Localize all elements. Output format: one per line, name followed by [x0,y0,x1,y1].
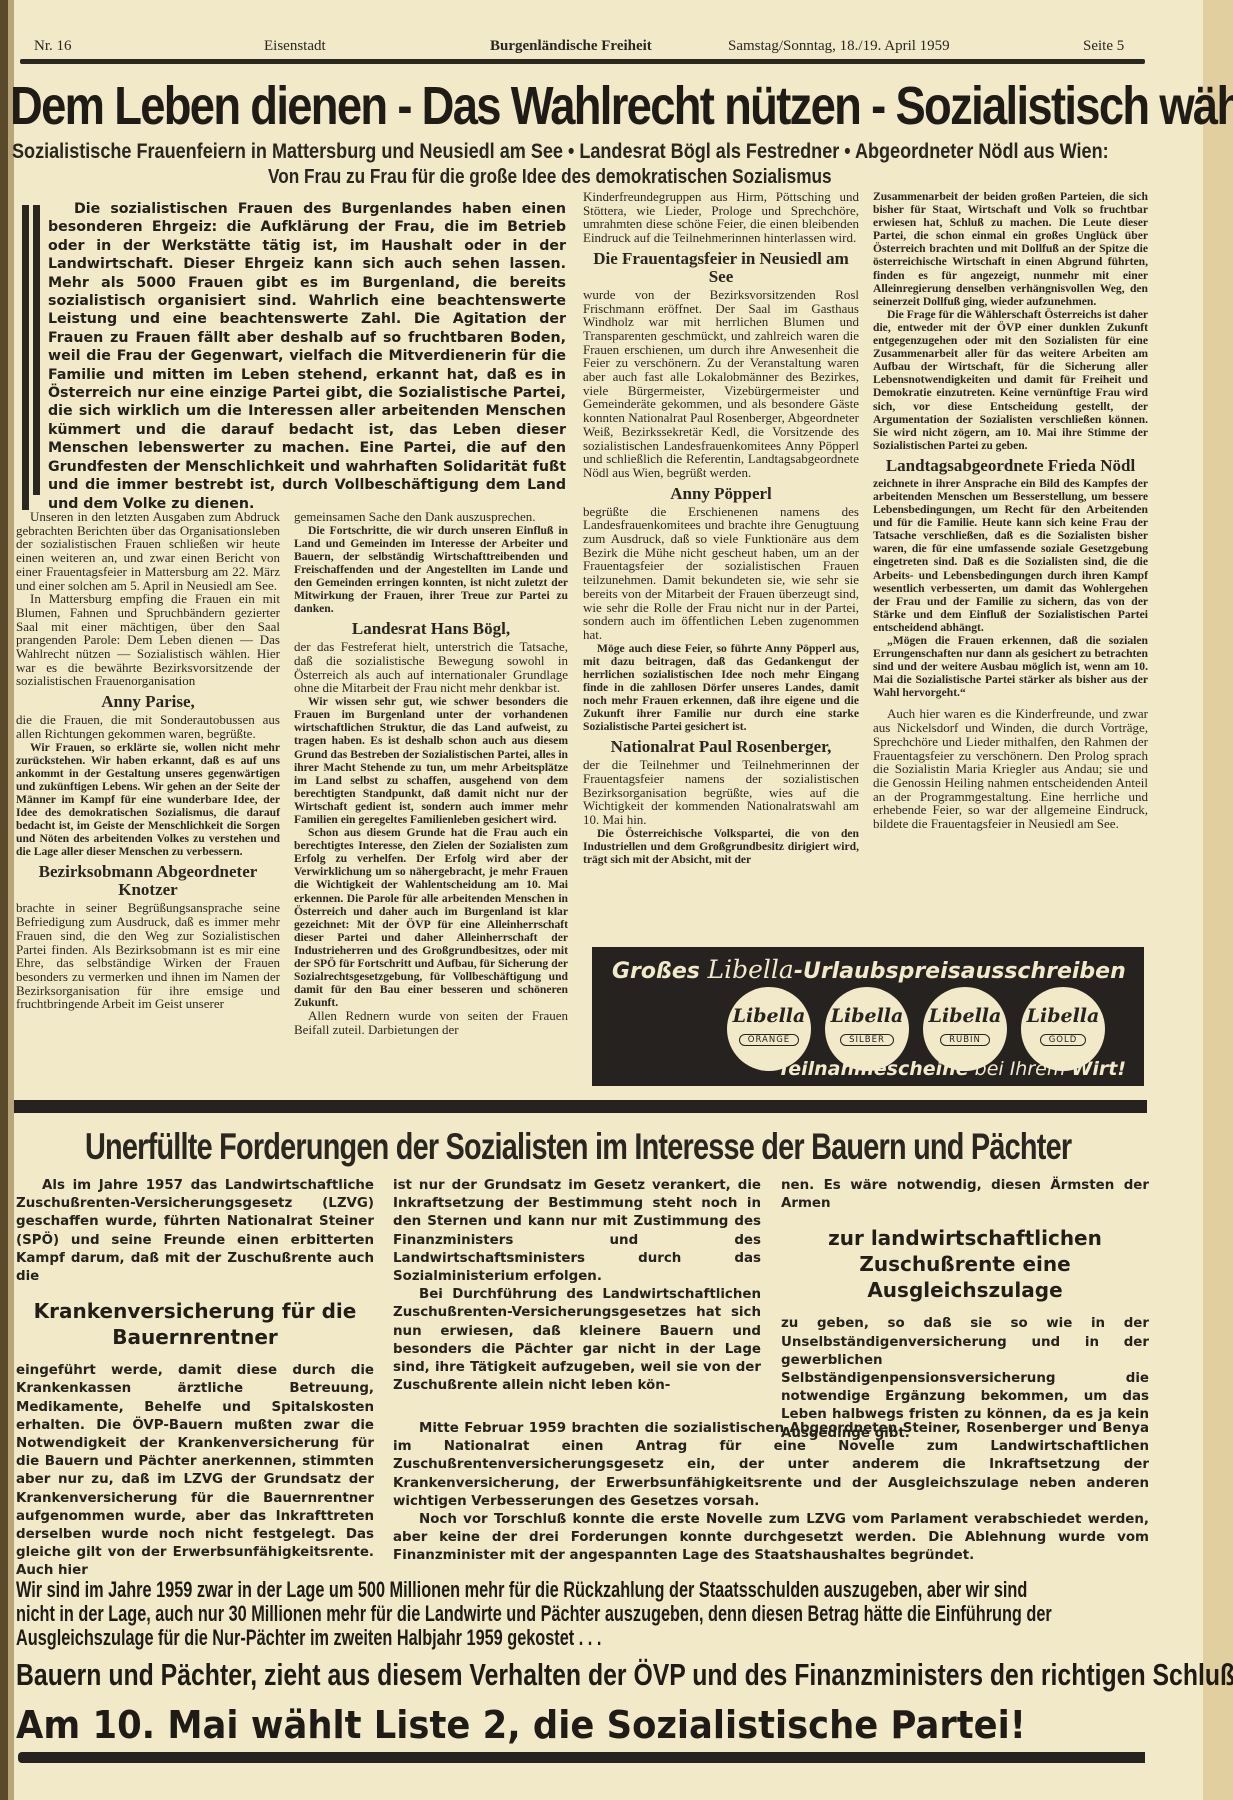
page-number: Seite 5 [1083,38,1124,55]
paragraph: nen. Es wäre notwendig, diesen Ärmsten d… [781,1177,1149,1213]
paragraph: Bei Durchführung des Landwirtschaftliche… [393,1286,761,1395]
section-heading: Nationalrat Paul Rosenberger, [583,738,859,756]
paragraph: brachte in seiner Begrüßungsansprache se… [16,901,280,1011]
article-column-3: Kinderfreundegruppen aus Hirm, Pöttschin… [583,190,859,866]
main-headline: Dem Leben dienen - Das Wahlrecht nützen … [10,75,968,137]
product-brand: Libella [727,1005,811,1027]
article2-column-1: Als im Jahre 1957 das Landwirtschaftlich… [16,1177,374,1581]
lead-bar [33,205,40,495]
page-edge [1203,0,1233,1800]
section-heading: Anny Pöpperl [583,485,859,503]
city: Eisenstadt [264,38,326,55]
paragraph: Schon aus diesem Grunde hat die Frau auc… [294,826,568,1009]
second-headline: Unerfüllte Forderungen der Sozialisten i… [85,1126,1071,1168]
paragraph: Auch hier waren es die Kinderfreunde, un… [873,707,1148,830]
section-heading: Krankenversicherung für die Bauernrentne… [16,1298,374,1350]
ad-footer: Teilnahmescheine bei Ihrem Wirt! [778,1058,1126,1080]
paragraph: zeichnete in ihrer Ansprache ein Bild de… [873,477,1148,634]
paragraph: ist nur der Grundsatz im Gesetz veranker… [393,1177,761,1286]
election-slogan: Am 10. Mai wählt Liste 2, die Sozialisti… [16,1703,1026,1747]
paragraph: Als im Jahre 1957 das Landwirtschaftlich… [16,1177,374,1286]
paragraph: Die Frage für die Wählerschaft Österreic… [873,308,1148,452]
product-brand: Libella [1021,1005,1105,1027]
paragraph: Wir Frauen, so erklärte sie, wollen nich… [16,741,280,859]
call-to-action: Bauern und Pächter, zieht aus diesem Ver… [16,1657,1233,1693]
section-heading: Landtagsabgeordnete Frieda Nödl [873,457,1148,475]
masthead: Nr. 16 Eisenstadt Burgenländische Freihe… [28,36,1143,58]
paragraph: wurde von der Bezirksvorsitzenden Rosl F… [583,288,859,480]
paragraph: Möge auch diese Feier, so führte Anny Pö… [583,642,859,734]
section-heading: Landesrat Hans Bögl, [294,620,568,638]
binding-spine [0,0,8,1800]
ad-footer-thin: bei Ihrem [969,1058,1072,1080]
paragraph: gemeinsamen Sache den Dank auszusprechen… [294,510,568,524]
article-column-4: Zusammenarbeit der beiden großen Parteie… [873,190,1148,831]
product-brand: Libella [825,1005,909,1027]
section-heading: Bezirksobmann Abgeordneter Knotzer [16,863,280,899]
paragraph: Die Österreichische Volkspartei, die von… [583,827,859,866]
section-divider [14,1100,1147,1113]
paragraph: begrüßte die Erschienenen namens des Lan… [583,505,859,642]
article2-column-3: nen. Es wäre notwendig, diesen Ärmsten d… [781,1177,1149,1443]
paragraph: Noch vor Torschluß konnte die erste Nove… [393,1511,1149,1566]
subheadline: Sozialistische Frauenfeiern in Mattersbu… [12,140,1130,164]
product-variant: GOLD [1040,1034,1087,1046]
ad-footer-end: Wirt! [1071,1058,1126,1080]
lead-paragraph: Die sozialistischen Frauen des Burgenlan… [48,200,566,513]
ad-footer-bold: Teilnahmescheine [778,1058,969,1080]
article2-full-width: Mitte Februar 1959 brachten die sozialis… [393,1420,1149,1566]
bottom-rule [18,1752,1145,1763]
paragraph: In Mattersburg empfing die Frauen ein mi… [16,592,280,688]
paragraph: Unseren in den letzten Ausgaben zum Abdr… [16,510,280,592]
paragraph: eingeführt werde, damit diese durch die … [16,1362,374,1580]
paragraph: Kinderfreundegruppen aus Hirm, Pöttschin… [583,190,859,245]
issue-number: Nr. 16 [34,38,72,55]
paragraph: Wir wissen sehr gut, wie schwer besonder… [294,695,568,826]
subheadline-2: Von Frau zu Frau für die große Idee des … [268,166,832,189]
paragraph: Zusammenarbeit der beiden großen Parteie… [873,190,1148,308]
issue-date: Samstag/Sonntag, 18./19. April 1959 [728,38,950,55]
article-column-1: Unseren in den letzten Ausgaben zum Abdr… [16,510,280,1011]
paragraph: die die Frauen, die mit Sonderautobussen… [16,713,280,740]
ad-title-suffix: -Urlaubspreisausschreiben [794,959,1126,984]
ad-title: Großes Libella-Urlaubspreisausschreiben [612,955,1126,984]
section-heading: Anny Parise, [16,693,280,711]
lead-bar [22,205,29,510]
product-brand: Libella [923,1005,1007,1027]
closing-line-1: Wir sind im Jahre 1959 zwar in der Lage … [16,1577,1027,1603]
libella-advertisement: Großes Libella-Urlaubspreisausschreiben … [592,947,1144,1086]
closing-line-2: nicht in der Lage, auch nur 30 Millionen… [16,1601,1052,1627]
paragraph: Allen Rednern wurde von seiten der Fraue… [294,1009,568,1036]
paragraph: der das Festreferat hielt, unterstrich d… [294,640,568,695]
article2-column-2: ist nur der Grundsatz im Gesetz veranker… [393,1177,761,1395]
section-heading: zur landwirtschaftlichen Zuschußrente ei… [781,1225,1149,1303]
paragraph: Mitte Februar 1959 brachten die sozialis… [393,1420,1149,1511]
paragraph: „Mögen die Frauen erkennen, daß die sozi… [873,634,1148,699]
section-heading: Die Frauentagsfeier in Neusiedl am See [583,250,859,286]
masthead-rule [20,59,1145,64]
closing-line-3: Ausgleichszulage für die Nur-Pächter im … [16,1625,601,1651]
product-variant: ORANGE [739,1034,799,1046]
newspaper-name: Burgenländische Freiheit [490,38,652,55]
product-variant: RUBIN [940,1034,990,1046]
product-variant: SILBER [840,1034,894,1046]
paragraph: Die Fortschritte, die wir durch unseren … [294,524,568,616]
article-column-2: gemeinsamen Sache den Dank auszusprechen… [294,510,568,1037]
ad-title-prefix: Großes [612,959,708,984]
paragraph: der die Teilnehmer und Teilnehmerinnen d… [583,758,859,827]
ad-brand-logo: Libella [708,955,794,984]
